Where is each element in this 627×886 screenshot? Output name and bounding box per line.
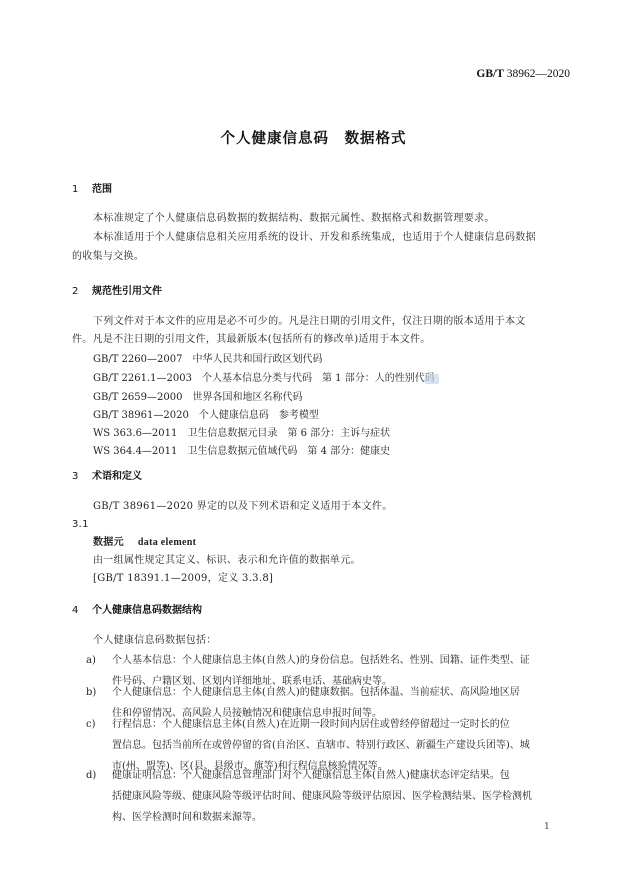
list-line: 健康证明信息：个人健康信息管理部门对个人健康信息主体(自然人)健康状态评定结果。… (112, 765, 576, 786)
list-line: 个人基本信息：个人健康信息主体(自然人)的身份信息。包括姓名、性别、国籍、证件类… (112, 650, 576, 671)
standard-code: GB/T 38962—2020 (476, 68, 570, 80)
list-marker: b) (86, 682, 110, 703)
list-line: 行程信息：个人健康信息主体(自然人)在近期一段时间内居住或曾经停留超过一定时长的… (112, 714, 576, 735)
list-marker: d) (86, 765, 110, 786)
paragraph-continuation: 的收集与交换。 (72, 250, 144, 264)
reference-title: 世界各国和地区名称代码 (192, 392, 302, 403)
term-entry: 数据元data element (93, 536, 196, 550)
term-definition: 由一组属性规定其定义、标识、表示和允许值的数据单元。 (93, 554, 361, 568)
reference-title: 个人基本信息分类与代码 第 1 部分：人的性别代码 (202, 373, 435, 384)
section-number: 1 (72, 184, 92, 195)
section-title: 范围 (92, 184, 112, 195)
section-3-heading: 3术语和定义 (72, 467, 142, 482)
section-number: 4 (72, 605, 92, 616)
reference-title: 卫生信息数据元值域代码 第 4 部分：健康史 (187, 446, 390, 457)
section-title: 个人健康信息码数据结构 (92, 605, 202, 616)
reference-item: GB/T 2261.1—2003个人基本信息分类与代码 第 1 部分：人的性别代… (93, 369, 435, 384)
section-title: 术语和定义 (92, 471, 142, 482)
term-number: 3.1 (72, 518, 89, 532)
section-number: 3 (72, 471, 92, 482)
paragraph: 本标准规定了个人健康信息码数据的数据结构、数据元属性、数据格式和数据管理要求。 (93, 212, 495, 226)
paragraph: 本标准适用于个人健康信息相关应用系统的设计、开发和系统集成，也适用于个人健康信息… (93, 231, 536, 245)
reference-code: GB/T 2260—2007 (93, 354, 182, 365)
reference-title: 个人健康信息码 参考模型 (199, 410, 319, 421)
section-2-heading: 2规范性引用文件 (72, 282, 162, 297)
list-line: 个人健康信息：个人健康信息主体(自然人)的健康数据。包括体温、当前症状、高风险地… (112, 682, 576, 703)
reference-title: 中华人民共和国行政区划代码 (192, 354, 322, 365)
paragraph: 下列文件对于本文件的应用是必不可少的。凡是注日期的引用文件，仅注日期的版本适用于… (93, 315, 526, 329)
reference-item: GB/T 2659—2000世界各国和地区名称代码 (93, 388, 302, 403)
list-marker: c) (86, 714, 110, 735)
section-4-heading: 4个人健康信息码数据结构 (72, 601, 202, 616)
reference-code: GB/T 2659—2000 (93, 392, 182, 403)
standard-number: 38962—2020 (507, 68, 570, 80)
section-number: 2 (72, 286, 92, 297)
document-page: GB/T 38962—2020 个人健康信息码 数据格式 1范围 本标准规定了个… (0, 0, 627, 886)
watermark-mark (425, 374, 439, 384)
page-number: 1 (544, 822, 550, 832)
list-marker: a) (86, 650, 110, 671)
standard-prefix: GB/T (476, 68, 503, 80)
term-source: [GB/T 18391.1—2009，定义 3.3.8] (93, 572, 273, 586)
reference-item: GB/T 2260—2007中华人民共和国行政区划代码 (93, 350, 322, 365)
reference-code: WS 364.4—2011 (93, 446, 177, 457)
section-1-heading: 1范围 (72, 180, 112, 195)
reference-item: WS 363.6—2011卫生信息数据元目录 第 6 部分：主诉与症状 (93, 424, 390, 439)
document-title: 个人健康信息码 数据格式 (0, 127, 627, 148)
reference-item: GB/T 38961—2020个人健康信息码 参考模型 (93, 406, 319, 421)
section-title: 规范性引用文件 (92, 286, 162, 297)
term-en: data element (138, 537, 196, 548)
reference-item: WS 364.4—2011卫生信息数据元值域代码 第 4 部分：健康史 (93, 442, 390, 457)
paragraph-continuation: 件。凡是不注日期的引用文件，其最新版本(包括所有的修改单)适用于本文件。 (72, 333, 431, 347)
list-item-d: d) 健康证明信息：个人健康信息管理部门对个人健康信息主体(自然人)健康状态评定… (86, 765, 576, 828)
paragraph: GB/T 38961—2020 界定的以及下列术语和定义适用于本文件。 (93, 500, 393, 514)
reference-title: 卫生信息数据元目录 第 6 部分：主诉与症状 (187, 428, 390, 439)
reference-code: GB/T 2261.1—2003 (93, 373, 192, 384)
list-line: 括健康风险等级、健康风险等级评估时间、健康风险等级评估原因、医学检测结果、医学检… (112, 786, 576, 807)
reference-code: GB/T 38961—2020 (93, 410, 189, 421)
term-zh: 数据元 (93, 537, 124, 548)
reference-code: WS 363.6—2011 (93, 428, 177, 439)
list-line: 置信息。包括当前所在或曾停留的省(自治区、直辖市、特别行政区、新疆生产建设兵团等… (112, 735, 576, 756)
paragraph: 个人健康信息码数据包括： (93, 634, 217, 648)
list-line: 构、医学检测时间和数据来源等。 (112, 807, 576, 828)
